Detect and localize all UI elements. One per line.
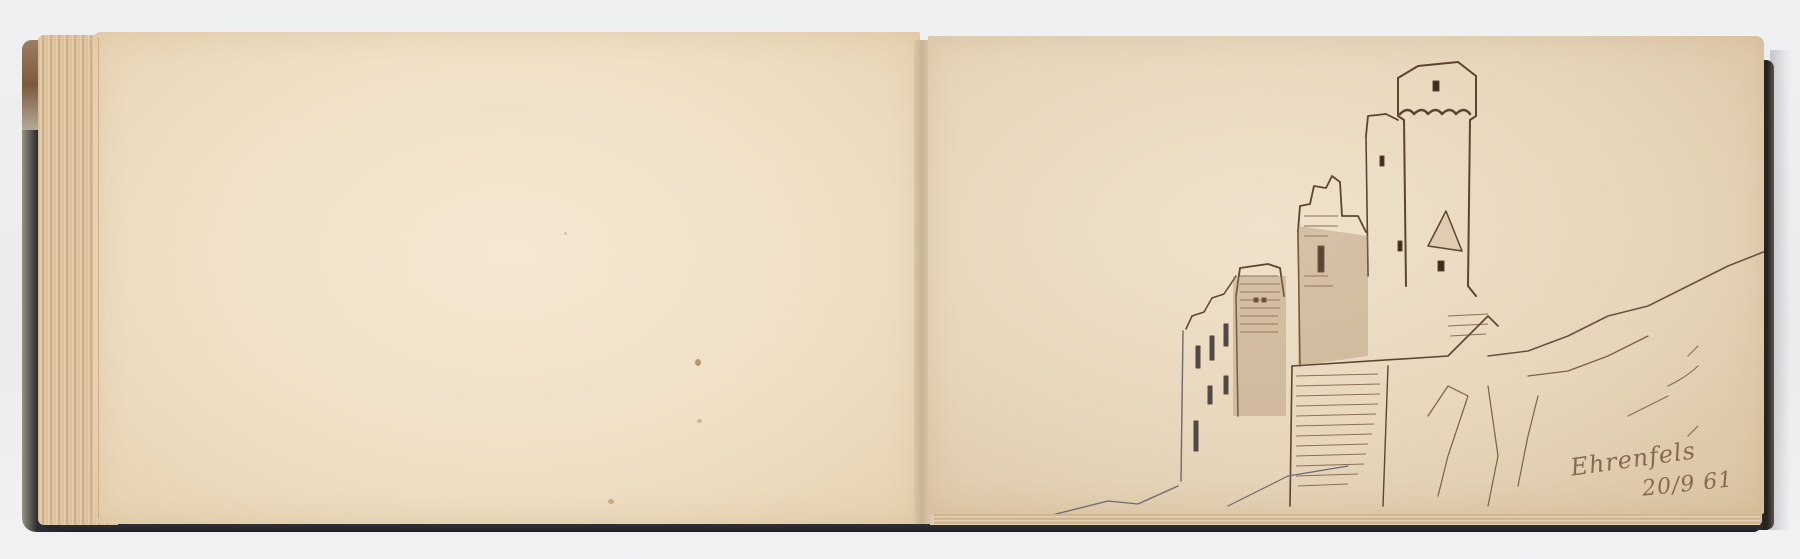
foxing-spot: [697, 419, 702, 423]
foxing-spot: [608, 499, 614, 504]
left-page: [94, 32, 920, 524]
page-edge: [98, 38, 99, 518]
photo-scene: Ehrenfels 20/9 61: [0, 0, 1800, 559]
foxing-spot: [564, 232, 567, 235]
castle-sketch: [928, 36, 1764, 514]
foxing-spot: [695, 359, 701, 366]
